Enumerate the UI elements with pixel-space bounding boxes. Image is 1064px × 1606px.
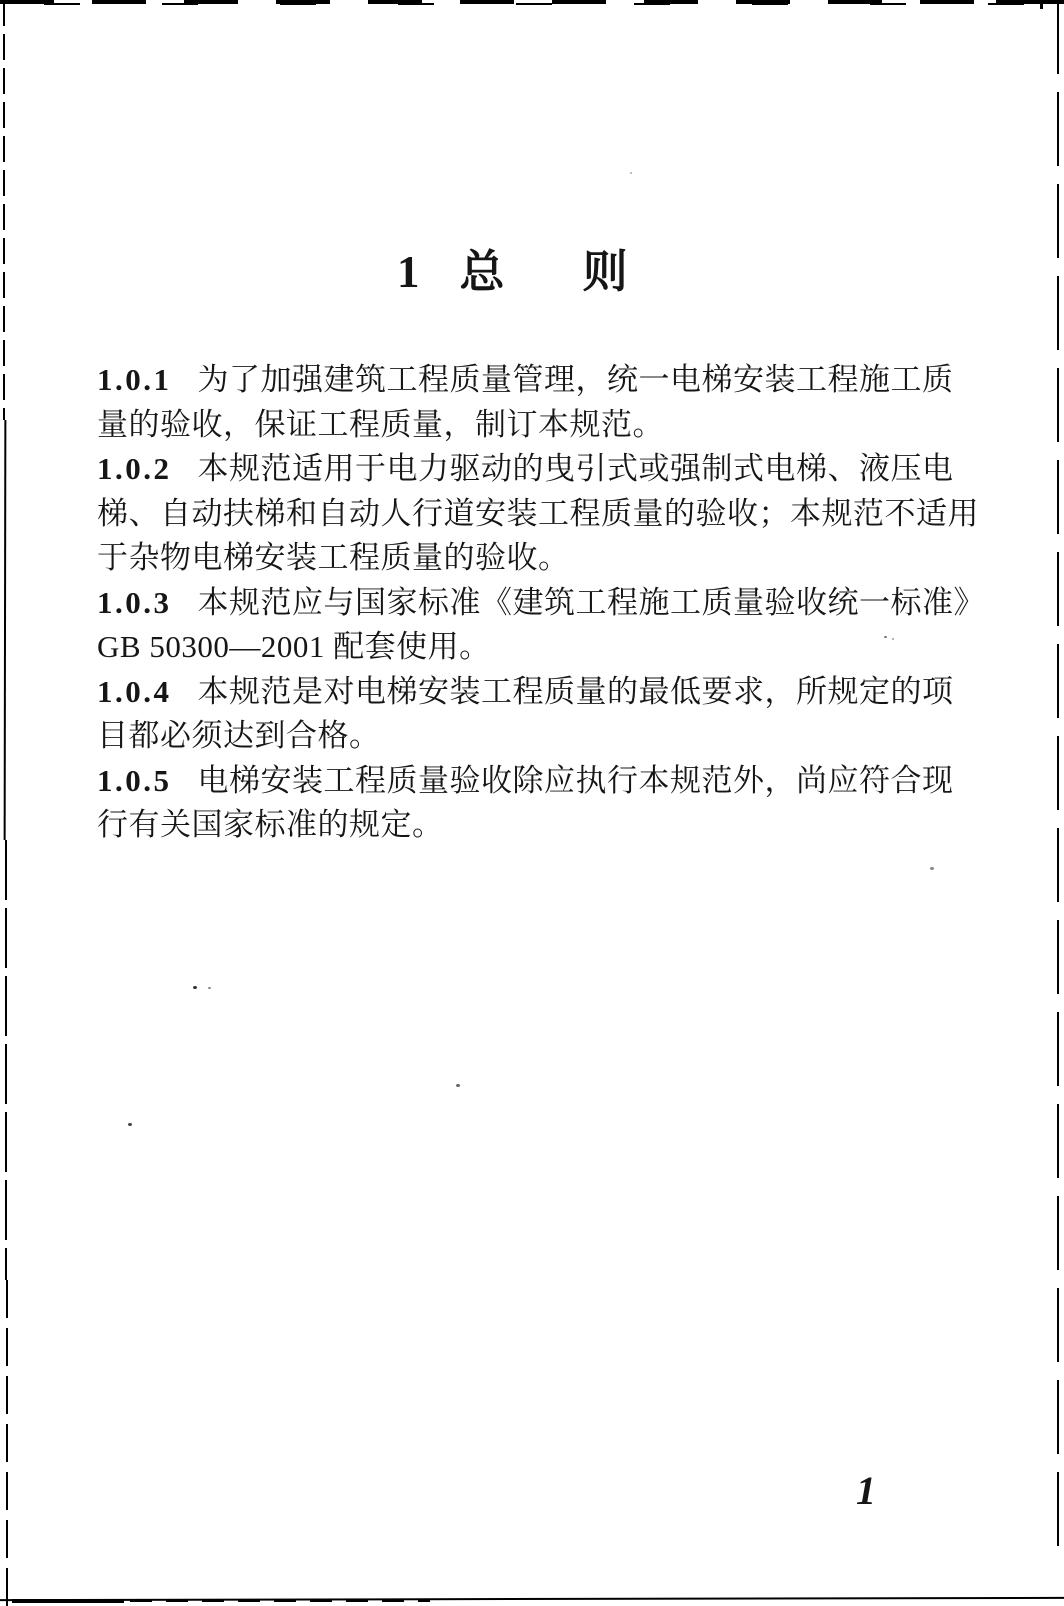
clause-line: 行有关国家标准的规定。 <box>97 803 967 848</box>
scan-edge-left <box>4 420 7 840</box>
chapter-title: 1总则 <box>397 247 628 297</box>
clause-line: 于杂物电梯安装工程质量的验收。 <box>97 536 967 581</box>
clause-line: 1.0.1为了加强建筑工程质量管理，统一电梯安装工程施工质 <box>97 358 967 403</box>
scan-edge-right <box>1057 0 1059 1548</box>
clause-text: 本规范是对电梯安装工程质量的最低要求，所规定的项 <box>198 674 954 709</box>
scan-edge-left <box>5 840 7 1280</box>
clause-line: 1.0.4本规范是对电梯安装工程质量的最低要求，所规定的项 <box>97 670 967 715</box>
clause-1-0-5: 1.0.5电梯安装工程质量验收除应执行本规范外，尚应符合现 行有关国家标准的规定… <box>97 759 967 848</box>
chapter-title-word: 总 <box>460 247 505 297</box>
clause-line: 1.0.3本规范应与国家标准《建筑工程施工质量验收统一标准》 <box>97 581 967 626</box>
clause-number: 1.0.4 <box>97 674 172 709</box>
clause-text: 为了加强建筑工程质量管理，统一电梯安装工程施工质 <box>198 362 954 397</box>
scan-edge-bottom <box>12 1599 124 1603</box>
clause-line: 量的验收，保证工程质量，制订本规范。 <box>97 403 967 448</box>
scanned-document-page: 1总则 1.0.1为了加强建筑工程质量管理，统一电梯安装工程施工质 量的验收，保… <box>0 0 1064 1606</box>
scan-speck <box>930 867 934 870</box>
clause-line: GB 50300—2001 配套使用。 <box>97 625 967 670</box>
clause-number: 1.0.3 <box>97 585 172 620</box>
clause-1-0-2: 1.0.2本规范适用于电力驱动的曳引式或强制式电梯、液压电 梯、自动扶梯和自动人… <box>97 447 967 581</box>
chapter-number: 1 <box>397 247 420 297</box>
scan-edge-top <box>0 0 1064 7</box>
clause-text: 本规范应与国家标准《建筑工程施工质量验收统一标准》 <box>198 585 986 620</box>
scan-corner-mark <box>996 0 1042 3</box>
page-number: 1 <box>856 1468 876 1514</box>
clause-number: 1.0.1 <box>97 362 172 397</box>
clause-1-0-3: 1.0.3本规范应与国家标准《建筑工程施工质量验收统一标准》 GB 50300—… <box>97 581 967 670</box>
scan-edge-left <box>6 1280 8 1606</box>
clause-text: 本规范适用于电力驱动的曳引式或强制式电梯、液压电 <box>198 451 954 486</box>
scan-edge-bottom <box>130 1600 430 1602</box>
clause-text: 电梯安装工程质量验收除应执行本规范外，尚应符合现 <box>198 763 954 798</box>
scan-speck <box>208 987 211 989</box>
scan-edge-left <box>3 0 5 420</box>
clause-1-0-4: 1.0.4本规范是对电梯安装工程质量的最低要求，所规定的项 目都必须达到合格。 <box>97 670 967 759</box>
clause-line: 目都必须达到合格。 <box>97 714 967 759</box>
scan-speck <box>193 986 197 989</box>
clause-line: 1.0.5电梯安装工程质量验收除应执行本规范外，尚应符合现 <box>97 759 967 804</box>
clause-number: 1.0.2 <box>97 451 172 486</box>
clause-line: 1.0.2本规范适用于电力驱动的曳引式或强制式电梯、液压电 <box>97 447 967 492</box>
scan-speck <box>630 172 632 174</box>
clause-1-0-1: 1.0.1为了加强建筑工程质量管理，统一电梯安装工程施工质 量的验收，保证工程质… <box>97 358 967 447</box>
chapter-title-word: 则 <box>583 247 628 297</box>
scan-speck <box>456 1084 460 1087</box>
document-body: 1.0.1为了加强建筑工程质量管理，统一电梯安装工程施工质 量的验收，保证工程质… <box>97 358 967 848</box>
scan-speck <box>128 1123 132 1126</box>
scan-corner-mark <box>1040 0 1043 9</box>
clause-line: 梯、自动扶梯和自动人行道安装工程质量的验收；本规范不适用 <box>97 492 967 537</box>
clause-number: 1.0.5 <box>97 763 172 798</box>
